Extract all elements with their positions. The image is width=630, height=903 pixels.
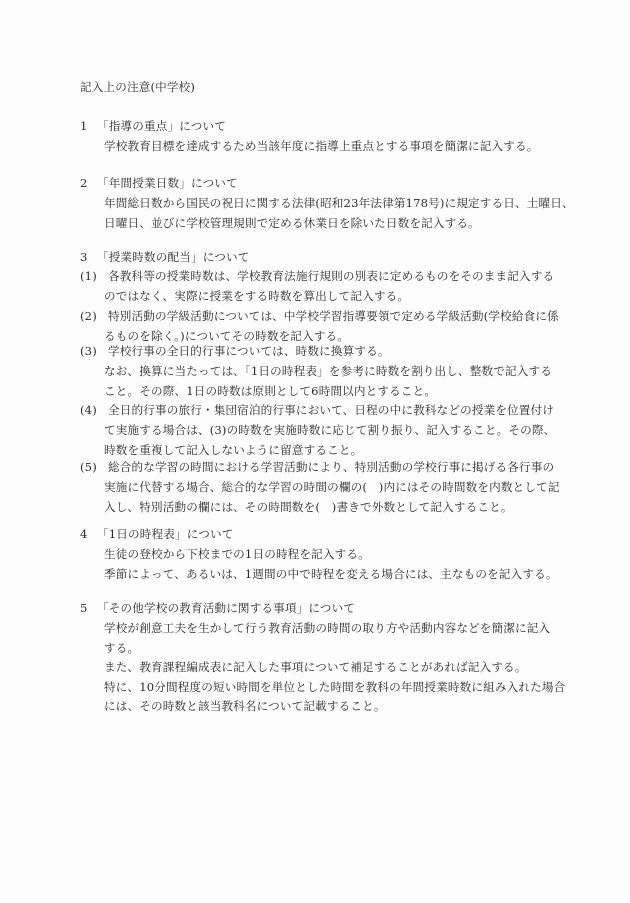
section-text: 学校が創意工夫を生かして行う教育活動の時間の取り方や活動内容などを簡潔に記入 (104, 621, 550, 635)
section-number: 2 (80, 176, 88, 190)
subitem-label: (1) (80, 269, 97, 283)
section-text: 生徒の登校から下校までの1日の時程を記入する。 (104, 547, 370, 561)
subitem-text: なお、換算に当たっては、「1日の時程表」を参考に時数を割り出し、整数で記入する (104, 364, 552, 378)
section-number: 3 (80, 250, 88, 264)
subitem-text: るものを除く。)についてその時数を記入する。 (104, 329, 349, 343)
subitem-text: こと。その際、1日の時数は原則として6時間以内とすること。 (104, 384, 436, 398)
section-text: 特に、10分間程度の短い時間を単位とした時間を教科の年間授業時数に組み入れた場合 (104, 680, 565, 694)
section-heading: 「授業時数の配当」について (97, 250, 249, 264)
section-text: 学校教育目標を達成するため当該年度に指導上重点とする事項を簡潔に記入する。 (104, 139, 539, 153)
document-title: 記入上の注意(中学校) (80, 80, 195, 94)
section-text: 季節によって、あるいは、1週間の中で時程を変える場合には、主なものを記入する。 (104, 567, 558, 581)
subitem-text: 実施に代替する場合、総合的な学習の時間の欄の( )内にはその時間数を内数として記 (104, 480, 560, 494)
subitem-text: のではなく、実際に授業をする時数を算出して記入する。 (104, 289, 409, 303)
section-text: する。 (104, 641, 139, 655)
section-heading: 「その他学校の教育活動に関する事項」について (97, 601, 355, 615)
subitem-text: 特別活動の学級活動については、中学校学習指導要領で定める学級活動(学校給食に係 (108, 309, 559, 323)
subitem-text: 時数を重複して記入しないように留意すること。 (104, 443, 362, 457)
subitem-text: 総合的な学習の時間における学習活動により、特別活動の学校行事に掲げる各行事の (108, 460, 554, 474)
subitem-label: (4) (80, 403, 97, 417)
subitem-text: 学校行事の全日的行事については、時数に換算する。 (108, 344, 390, 358)
section-text: また、教育課程編成表に記入した事項について補足することがあれば記入する。 (104, 660, 527, 674)
section-heading: 「年間授業日数」について (97, 176, 238, 190)
section-text: 日曜日、並びに学校管理規則で定める休業日を除いた日数を記入する。 (104, 216, 480, 230)
section-number: 1 (80, 119, 88, 133)
subitem-text: て実施する場合は、(3)の時数を実施時数に応じて割り振り、記入すること。その際、 (104, 423, 555, 437)
subitem-text: 各教科等の授業時数は、学校教育法施行規則の別表に定めるものをそのまま記入する (108, 269, 554, 283)
subitem-text: 全日的行事の旅行・集団宿泊的行事において、日程の中に教科などの授業を位置付け (108, 403, 554, 417)
subitem-label: (5) (80, 460, 97, 474)
section-heading: 「1日の時程表」について (97, 527, 233, 541)
section-heading: 「指導の重点」について (97, 119, 226, 133)
subitem-label: (2) (80, 309, 97, 323)
section-text: 年間総日数から国民の祝日に関する法律(昭和23年法律第178号)に規定する日、土… (104, 196, 574, 210)
subitem-text: 入し、特別活動の欄には、その時間数を( )書きで外数として記入すること。 (104, 500, 513, 514)
section-number: 4 (80, 527, 88, 541)
section-number: 5 (80, 601, 88, 615)
subitem-label: (3) (80, 344, 97, 358)
section-text: には、その時数と該当教科名について記載すること。 (104, 699, 386, 713)
